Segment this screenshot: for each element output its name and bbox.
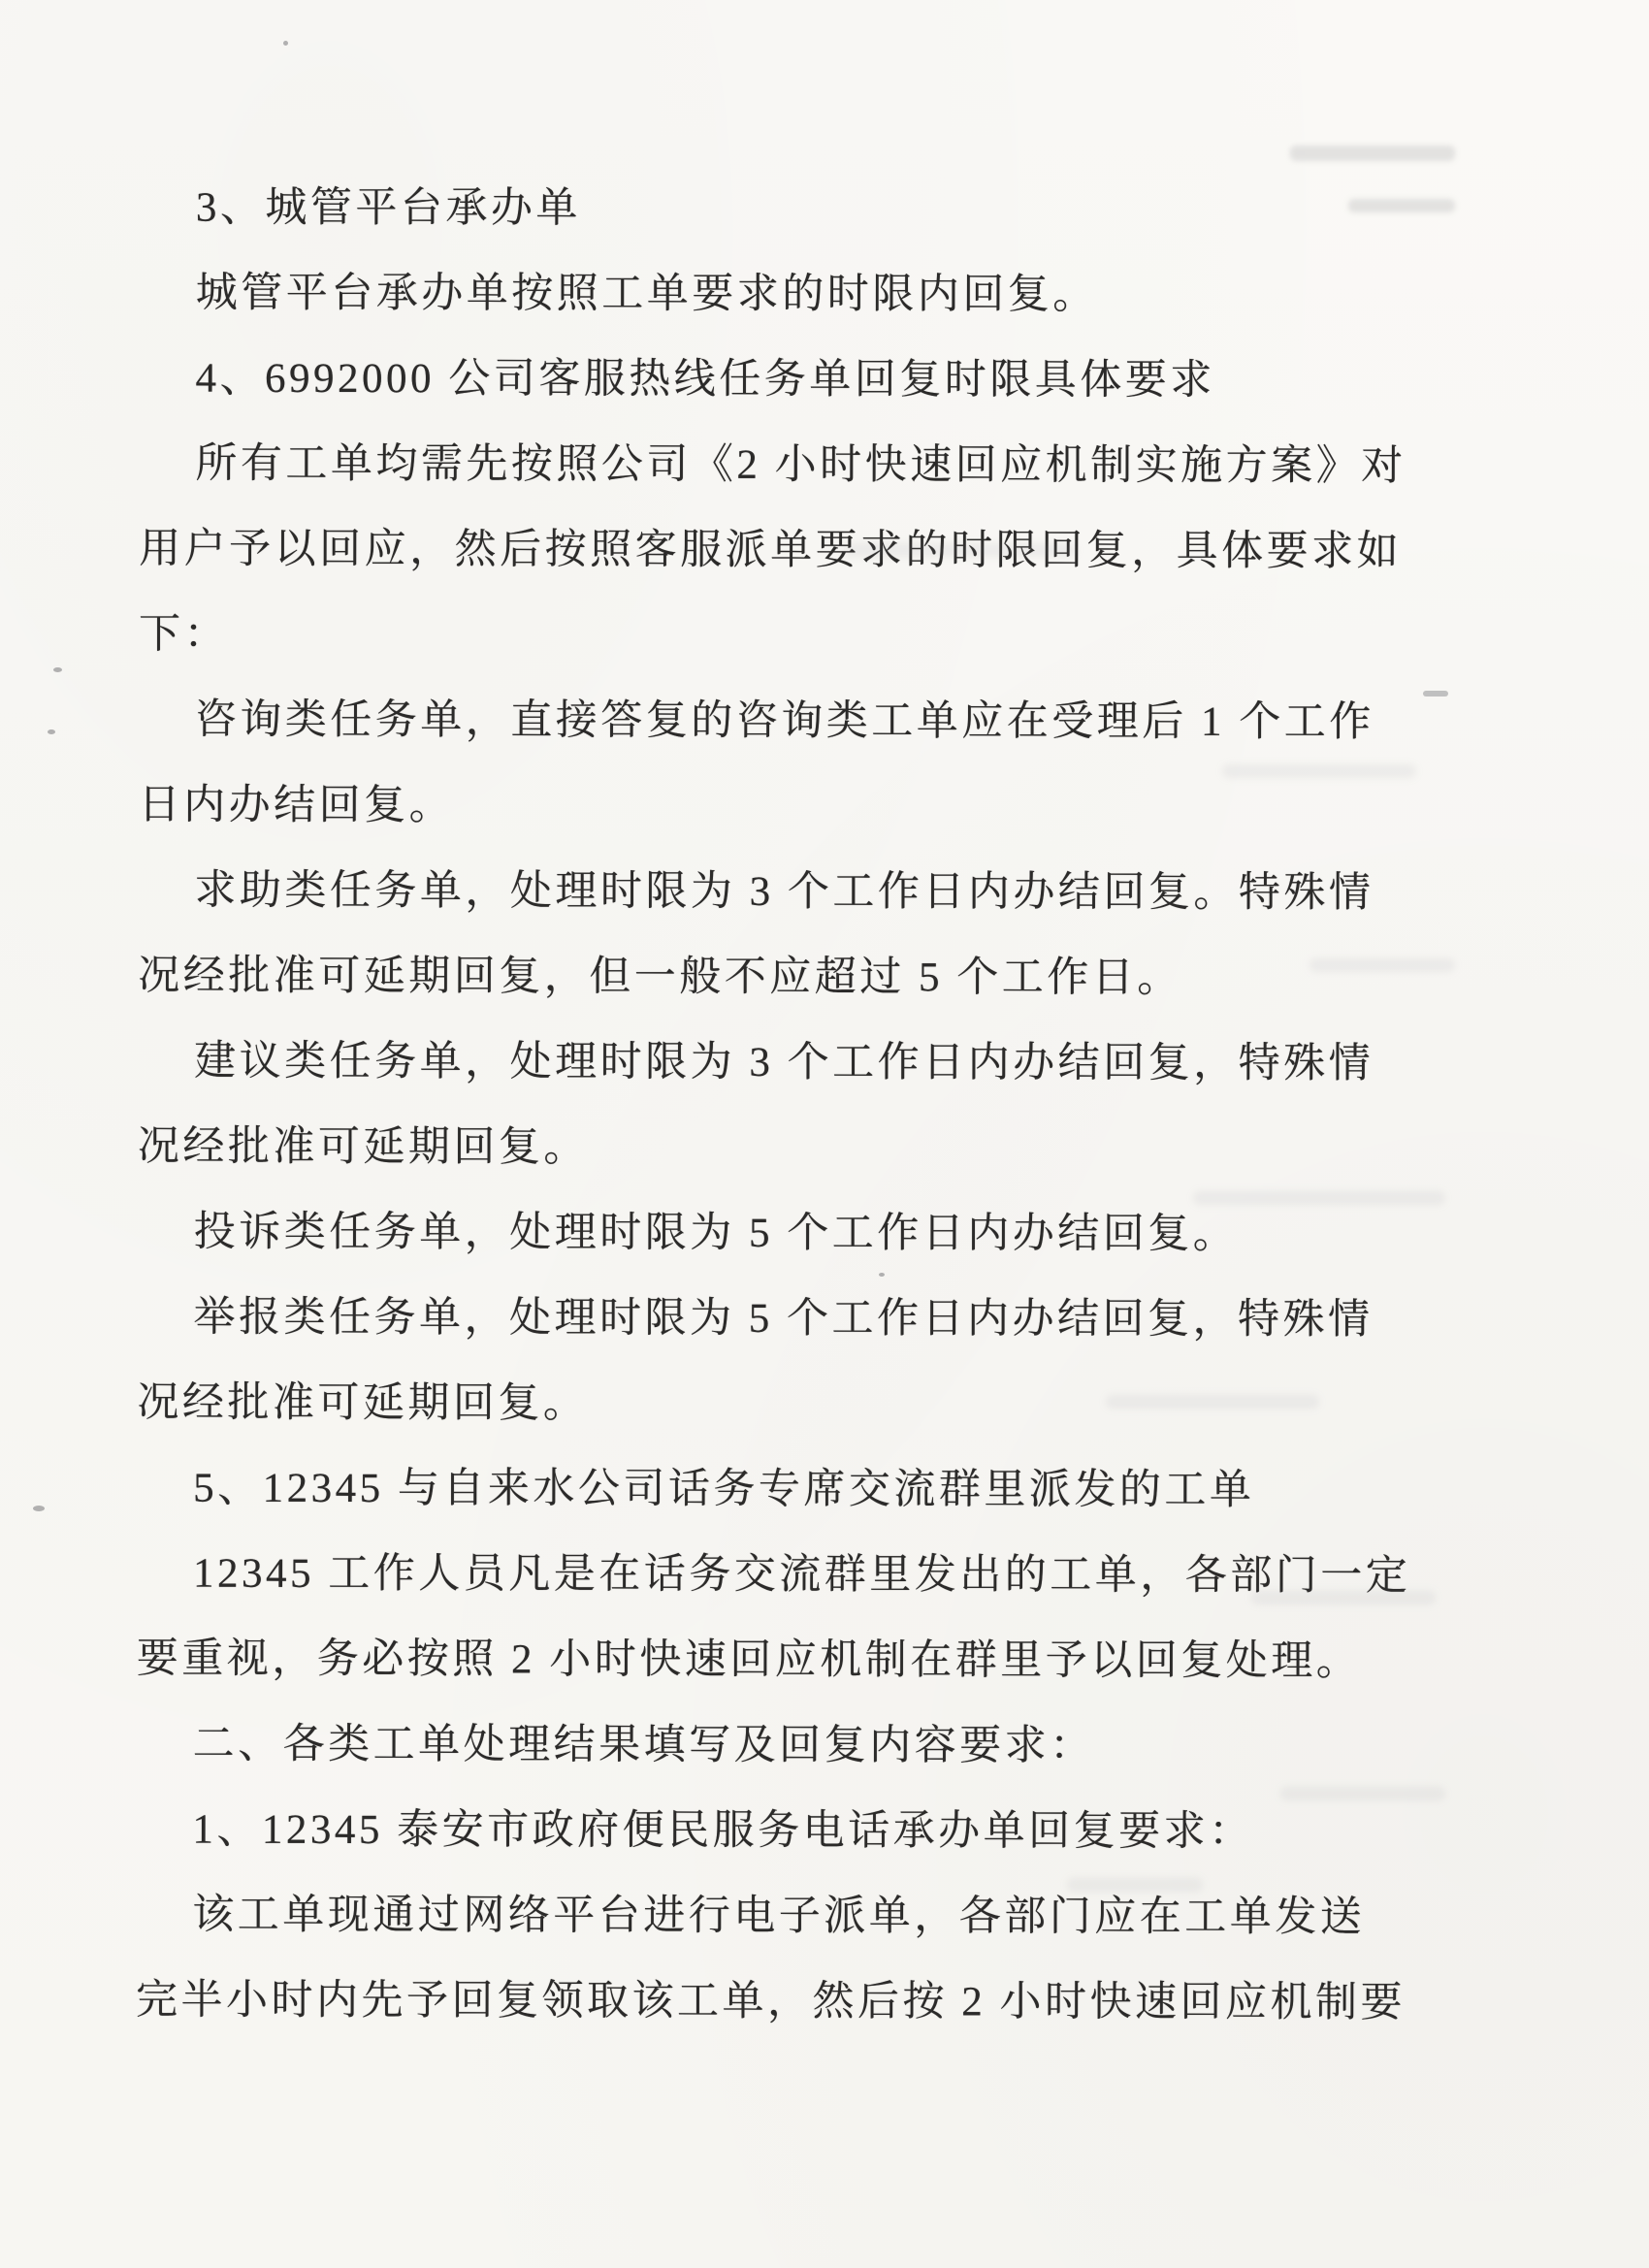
scan-artifact — [48, 729, 55, 734]
document-line: 城管平台承办单按照工单要求的时限内回复。 — [140, 251, 1478, 340]
document-line: 况经批准可延期回复，但一般不应超过 5 个工作日。 — [138, 934, 1476, 1022]
document-line: 所有工单均需先按照公司《2 小时快速回应机制实施方案》对 — [139, 422, 1477, 510]
scan-bleedthrough — [1067, 1878, 1203, 1892]
document-line: 该工单现通过网络平台进行电子派单，各部门应在工单发送 — [136, 1873, 1474, 1961]
document-line: 用户予以回应，然后按照客服派单要求的时限回复，具体要求如 — [139, 507, 1477, 596]
text-block: 3、城管平台承办单城管平台承办单按照工单要求的时限内回复。4、6992000 公… — [136, 166, 1478, 2047]
document-line: 况经批准可延期回复。 — [138, 1105, 1476, 1193]
document-line: 二、各类工单处理结果填写及回复内容要求： — [137, 1702, 1475, 1791]
document-line: 建议类任务单，处理时限为 3 个工作日内办结回复，特殊情 — [138, 1020, 1476, 1108]
document-line: 5、12345 与自来水公司话务专席交流群里派发的工单 — [137, 1446, 1475, 1535]
scan-bleedthrough — [1251, 1591, 1436, 1604]
scan-bleedthrough — [1222, 764, 1416, 778]
document-line: 下： — [139, 593, 1477, 681]
scanned-page: 3、城管平台承办单城管平台承办单按照工单要求的时限内回复。4、6992000 公… — [0, 0, 1649, 2268]
scan-artifact — [283, 41, 288, 46]
document-line: 要重视，务必按照 2 小时快速回应机制在群里予以回复处理。 — [137, 1617, 1475, 1705]
scan-bleedthrough — [1290, 146, 1455, 161]
document-line: 求助类任务单，处理时限为 3 个工作日内办结回复。特殊情 — [138, 849, 1476, 937]
scan-artifact — [53, 667, 62, 672]
document-line: 完半小时内先予回复领取该工单，然后按 2 小时快速回应机制要 — [136, 1959, 1474, 2047]
document-line: 咨询类任务单，直接答复的咨询类工单应在受理后 1 个工作 — [139, 678, 1477, 766]
document-line: 12345 工作人员凡是在话务交流群里发出的工单，各部门一定 — [137, 1532, 1475, 1620]
scan-bleedthrough — [844, 543, 1077, 557]
scan-bleedthrough — [1106, 1395, 1319, 1409]
scan-artifact — [1423, 691, 1448, 697]
scan-bleedthrough — [1309, 958, 1455, 972]
scan-bleedthrough — [1280, 1787, 1445, 1800]
document-line: 4、6992000 公司客服热线任务单回复时限具体要求 — [139, 337, 1477, 425]
document-line: 1、12345 泰安市政府便民服务电话承办单回复要求： — [136, 1788, 1474, 1876]
scan-artifact — [33, 1506, 45, 1511]
document-line: 3、城管平台承办单 — [140, 166, 1478, 254]
document-line: 举报类任务单，处理时限为 5 个工作日内办结回复，特殊情 — [137, 1276, 1475, 1364]
scan-bleedthrough — [1348, 199, 1455, 212]
scan-artifact — [879, 1273, 885, 1277]
scan-bleedthrough — [1193, 1191, 1445, 1205]
